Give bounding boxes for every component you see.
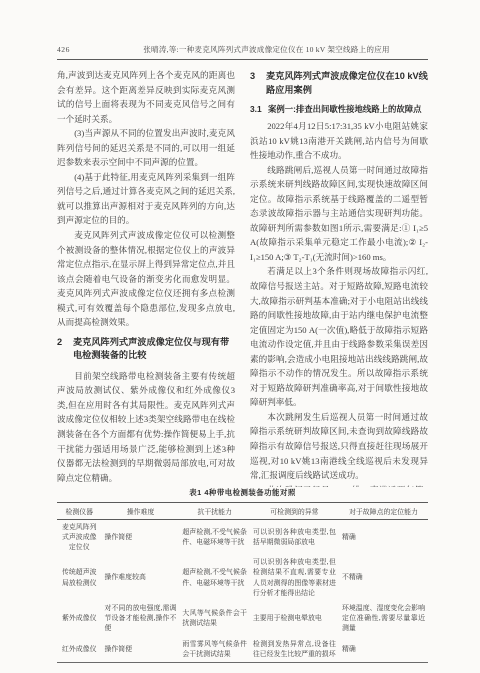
left-column: 角,声波到达麦克风阵列上各个麦克风的距离也会有差异。这个距离差异反映到实际麦克风… — [57, 68, 235, 487]
paragraph: 目前架空线路带电检测装备主要有传统超声波局放测试仪、紫外成像仪和红外成像仪3类,… — [57, 369, 235, 485]
table-cell: 主要用于检测电晕放电 — [250, 601, 339, 637]
table-1-area: 表1 4种带电检测装备功能对照 检测仪器 操作难度 抗干扰能力 可检测到的异常 … — [57, 487, 428, 663]
page-number: 426 — [57, 45, 105, 54]
table-header-cell: 对于故障点的定位能力 — [339, 503, 428, 520]
running-header: 426 张晴涛,等:一种麦克风阵列式声波成像定位仪在 10 kV 架空线路上的应… — [57, 44, 428, 55]
table-cell: 麦克风阵列式声波成像定位仪 — [57, 520, 102, 556]
table-cell: 红外成像仪 — [57, 637, 102, 663]
table-cell: 操作简便 — [102, 637, 180, 663]
section-3-number: 3 — [250, 70, 266, 84]
section-3-title: 麦克风阵列式声波成像定位仪在10 kV线路应用案例 — [266, 70, 428, 97]
table-cell: 不精确 — [339, 556, 428, 602]
table-row: 麦克风阵列式声波成像定位仪 操作简便 超声检测,不受气候条件、电磁环境等干扰 可… — [57, 520, 428, 556]
table-cell: 精确 — [339, 520, 428, 556]
table-header-cell: 抗干扰能力 — [179, 503, 249, 520]
paragraph: 麦克风阵列式声波成像定位仪可以检测整个被测设备的整体情况,根据定位仪上的声波异常… — [57, 228, 235, 330]
table-cell: 大风等气候条件会干扰测试结果 — [179, 601, 249, 637]
right-column: 3 麦克风阵列式声波成像定位仪在10 kV线路应用案例 3.1 案例一:排查出间… — [250, 68, 428, 487]
comparison-table: 检测仪器 操作难度 抗干扰能力 可检测到的异常 对于故障点的定位能力 麦克风阵列… — [57, 502, 428, 663]
table-cell: 环境温度、湿度变化会影响定位准确性,需要尽量靠近测量 — [339, 601, 428, 637]
table-row: 紫外成像仪 对不同的放电强度,需调节设备才能检测,操作不便 大风等气候条件会干扰… — [57, 601, 428, 637]
table-1-caption: 表1 4种带电检测装备功能对照 — [57, 487, 428, 498]
header-rule — [57, 59, 428, 60]
section-2-heading: 2 麦克风阵列式声波成像定位仪与现有带电检测装备的比较 — [57, 336, 235, 363]
section-2-number: 2 — [57, 336, 73, 350]
section-3-heading: 3 麦克风阵列式声波成像定位仪在10 kV线路应用案例 — [250, 70, 428, 97]
table-header-cell: 操作难度 — [102, 503, 180, 520]
table-cell: 操作简便 — [102, 520, 180, 556]
table-header-row: 检测仪器 操作难度 抗干扰能力 可检测到的异常 对于故障点的定位能力 — [57, 503, 428, 520]
table-cell: 紫外成像仪 — [57, 601, 102, 637]
table-cell: 操作难度较高 — [102, 556, 180, 602]
table-cell: 超声检测,不受气候条件、电磁环境等干扰 — [179, 556, 249, 602]
table-header-cell: 可检测到的异常 — [250, 503, 339, 520]
paragraph: 2022年4月12日5:17:31,35 kV小电阻站姚家浜站10 kV姚13南… — [250, 119, 428, 163]
paper-page: 426 张晴涛,等:一种麦克风阵列式声波成像定位仪在 10 kV 架空线路上的应… — [0, 0, 480, 673]
paragraph: 角,声波到达麦克风阵列上各个麦克风的距离也会有差异。这个距离差异反映到实际麦克风… — [57, 68, 235, 126]
running-title: 张晴涛,等:一种麦克风阵列式声波成像定位仪在 10 kV 架空线路上的应用 — [105, 44, 428, 55]
table-cell: 传统超声波局放检测仪 — [57, 556, 102, 602]
paragraph: (3)当声源从不同的位置发出声波时,麦克风阵列信号间的延迟关系是不同的,可以用一… — [57, 126, 235, 170]
section-2-title: 麦克风阵列式声波成像定位仪与现有带电检测装备的比较 — [73, 336, 235, 363]
paragraph: 本次跳闸发生后巡视人员第一时间通过故障指示系统研判故障区间,未查询到故障线路故障… — [250, 410, 428, 483]
paragraph: (4)基于此特征,用麦克风阵列采集到一组阵列信号之后,通过计算各麦克风之间的延迟… — [57, 170, 235, 228]
table-cell: 雨雪雾风等气候条件会干扰测试结果 — [179, 637, 249, 663]
section-3-1-number: 3.1 — [250, 103, 268, 116]
table-cell: 对不同的放电强度,需调节设备才能检测,操作不便 — [102, 601, 180, 637]
table-header-cell: 检测仪器 — [57, 503, 102, 520]
section-3-1-heading: 3.1 案例一:排查出间歇性接地线路上的故障点 — [250, 103, 428, 116]
body-columns: 角,声波到达麦克风阵列上各个麦克风的距离也会有差异。这个距离差异反映到实际麦克风… — [57, 68, 428, 487]
section-3-1-title: 案例一:排查出间歇性接地线路上的故障点 — [268, 103, 428, 116]
paragraph: 线路跳闸后,巡视人员第一时间通过故障指示系统来研判线路故障区间,实现快速故障区间… — [250, 163, 428, 265]
table-row: 传统超声波局放检测仪 操作难度较高 超声检测,不受气候条件、电磁环境等干扰 可以… — [57, 556, 428, 602]
table-cell: 检测到发热异常点,设备往往已经发生比较严重的损坏 — [250, 637, 339, 663]
table-cell: 可以识别各种放电类型,但检测结果不直观,需要专业人员对测得的图像等素材进行分析才… — [250, 556, 339, 602]
table-cell: 精确 — [339, 637, 428, 663]
table-row: 红外成像仪 操作简便 雨雪雾风等气候条件会干扰测试结果 检测到发热异常点,设备往… — [57, 637, 428, 663]
table-cell: 可以识别各种放电类型,包括早期微弱局部放电 — [250, 520, 339, 556]
table-cell: 超声检测,不受气候条件、电磁环境等干扰 — [179, 520, 249, 556]
paragraph: 若满足以上3个条件则现场故障指示闪红,故障信号报送主站。对于短路故障,短路电流较… — [250, 264, 428, 409]
